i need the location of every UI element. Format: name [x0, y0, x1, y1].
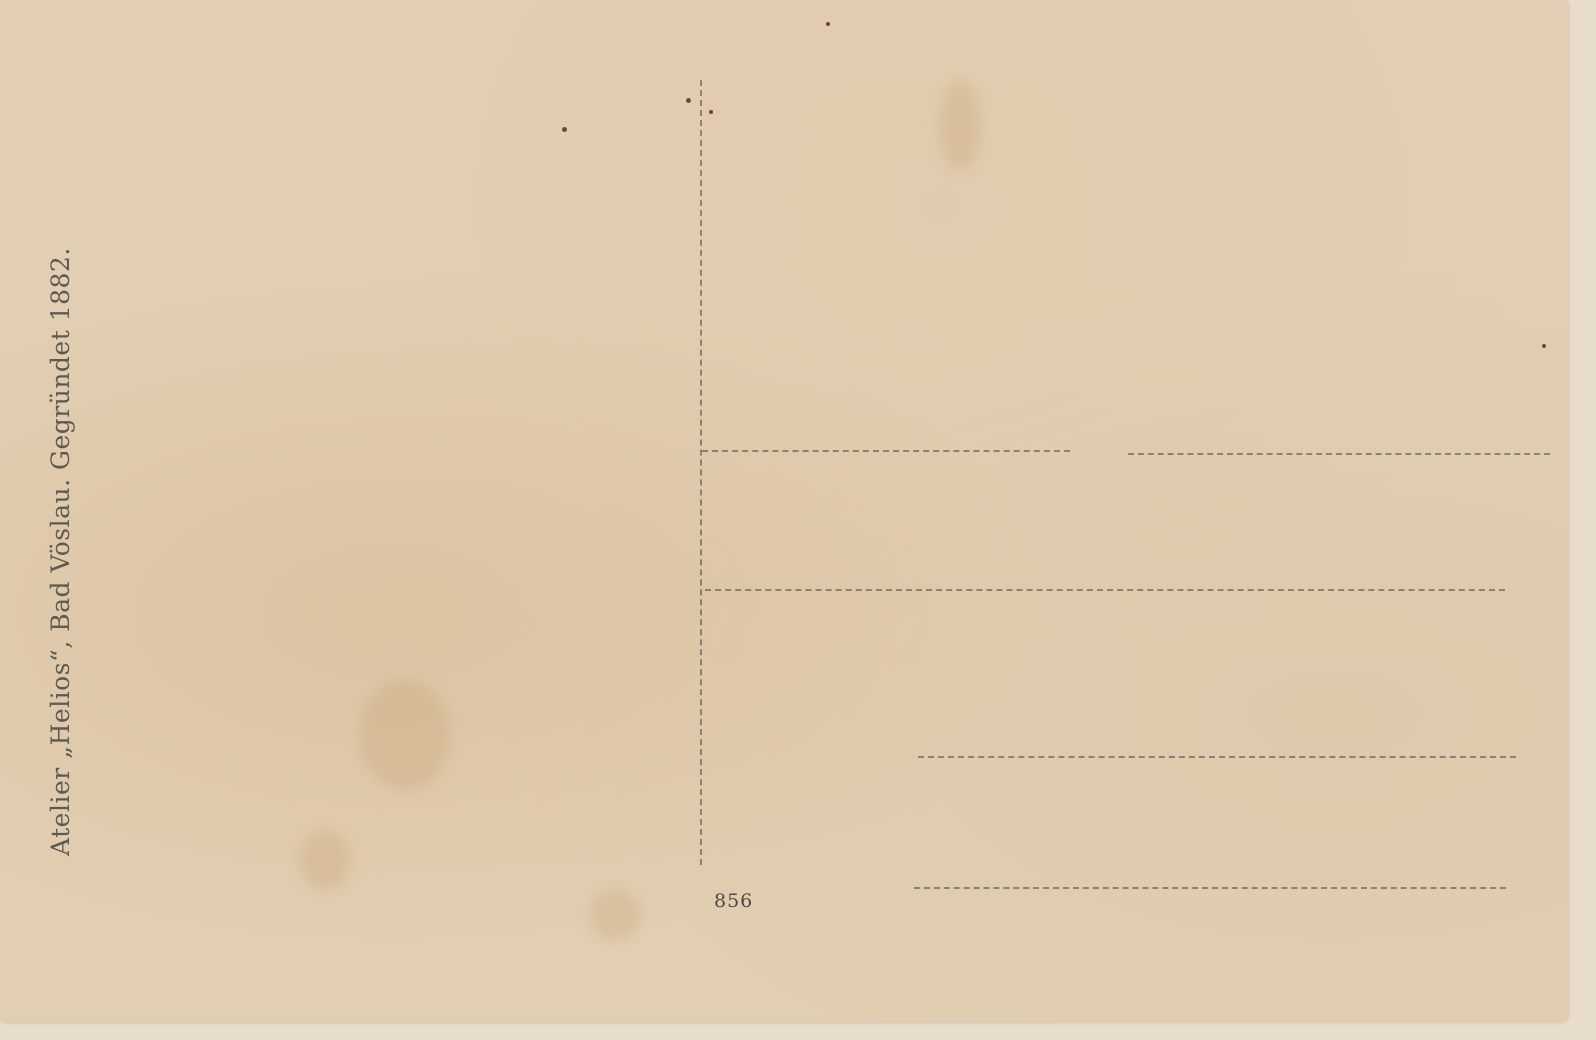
ink-spot — [562, 127, 567, 132]
ink-spot — [826, 22, 830, 26]
ink-spot — [686, 98, 691, 103]
serial-number: 856 — [714, 890, 753, 912]
ink-spot — [1542, 344, 1546, 348]
publisher-imprint: Atelier „Helios“, Bad Vöslau. Gegründet … — [46, 247, 75, 856]
stain — [300, 830, 350, 890]
address-line-3 — [918, 756, 1516, 758]
address-line-1a — [702, 450, 1070, 452]
stain — [940, 80, 980, 170]
divider-line — [700, 80, 702, 865]
address-line-1b — [1128, 453, 1550, 455]
stain — [590, 890, 640, 940]
address-line-2 — [705, 589, 1505, 591]
postcard-back: Atelier „Helios“, Bad Vöslau. Gegründet … — [0, 0, 1568, 1022]
ink-spot — [709, 110, 713, 114]
stain — [360, 680, 450, 790]
address-line-4 — [914, 887, 1506, 889]
